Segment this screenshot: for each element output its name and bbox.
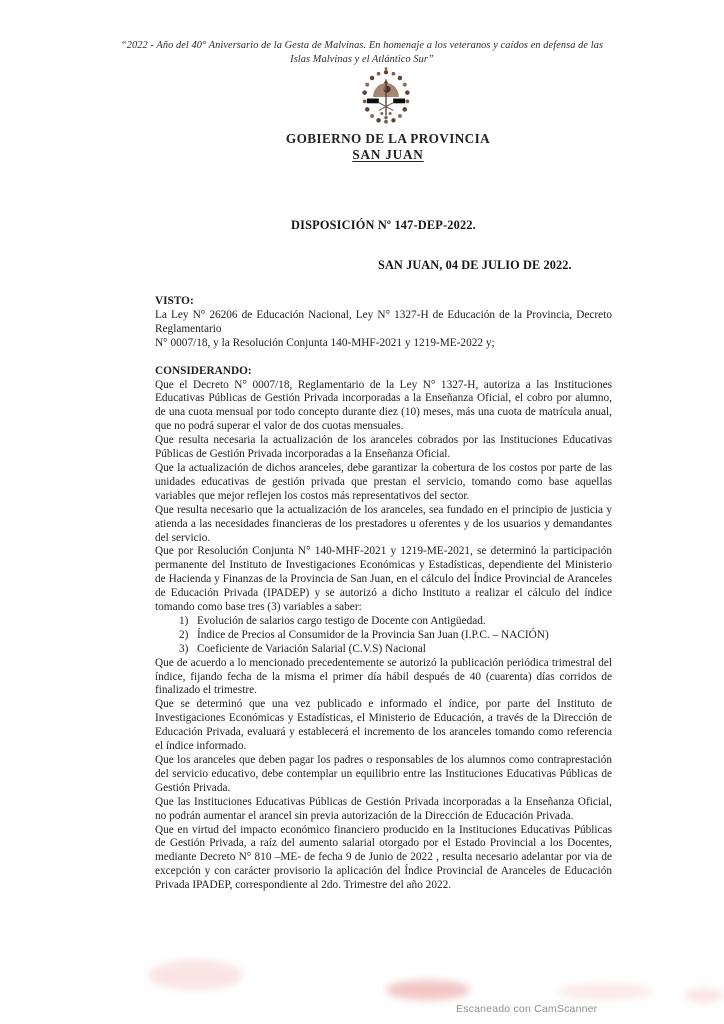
- camscanner-watermark: Escaneado con CamScanner: [456, 1003, 597, 1015]
- considerando-label: CONSIDERANDO:: [155, 365, 612, 379]
- scan-smudge: [386, 980, 470, 1000]
- considerando-paragraph: Que resulta necesaria la actualización d…: [155, 434, 612, 462]
- province-name: SAN JUAN: [155, 147, 621, 163]
- considerando-paragraph: Que los aranceles que deben pagar los pa…: [155, 754, 612, 796]
- scan-smudge: [148, 960, 243, 990]
- considerando-paragraph: Que resulta necesario que la actualizaci…: [155, 504, 612, 546]
- considerando-paragraph: Que por Resolución Conjunta N° 140-MHF-2…: [155, 545, 612, 615]
- variable-list-item: 2) Índice de Precios al Consumidor de la…: [155, 629, 612, 643]
- variable-list-item: 3) Coeficiente de Variación Salarial (C.…: [155, 643, 612, 657]
- list-item-marker: 3): [179, 643, 197, 657]
- list-item-marker: 1): [179, 615, 197, 629]
- scan-smudge: [684, 988, 724, 1003]
- san-juan-coat-of-arms-icon: [353, 66, 419, 128]
- variable-list-item: 1) Evolución de salarios cargo testigo d…: [155, 615, 612, 629]
- list-item-text: Evolución de salarios cargo testigo de D…: [197, 615, 612, 629]
- considerando-paragraph: Que la actualización de dichos aranceles…: [155, 462, 612, 504]
- list-item-text: Índice de Precios al Consumidor de la Pr…: [197, 629, 612, 643]
- header-quote-line: Islas Malvinas y el Atlántico Sur”: [102, 53, 622, 67]
- considerando-paragraph: Que las Instituciones Educativas Pública…: [155, 796, 612, 824]
- header-quote-line: “2022 - Año del 40° Aniversario de la Ge…: [102, 39, 622, 53]
- header-quote: “2022 - Año del 40° Aniversario de la Ge…: [102, 39, 622, 66]
- considerando-paragraph: Que se determinó que una vez publicado e…: [155, 698, 612, 754]
- considerando-paragraph: Que de acuerdo a lo mencionado precedent…: [155, 657, 612, 699]
- date-line: SAN JUAN, 04 DE JULIO DE 2022.: [378, 258, 572, 273]
- document-title: DISPOSICIÓN Nº 147-DEP-2022.: [155, 218, 612, 233]
- government-name: GOBIERNO DE LA PROVINCIA: [155, 131, 621, 147]
- document-body: VISTO: La Ley N° 26206 de Educación Naci…: [155, 295, 612, 893]
- visto-label: VISTO:: [155, 295, 612, 309]
- considerando-paragraph: Que en virtud del impacto económico fina…: [155, 824, 612, 894]
- section-spacer: [155, 351, 612, 365]
- visto-paragraph: La Ley N° 26206 de Educación Nacional, L…: [155, 309, 612, 337]
- considerando-paragraph: Que el Decreto N° 0007/18, Reglamentario…: [155, 379, 612, 435]
- scan-smudge: [558, 984, 653, 999]
- list-item-text: Coeficiente de Variación Salarial (C.V.S…: [197, 643, 612, 657]
- scanned-document-page: “2022 - Año del 40° Aniversario de la Ge…: [0, 0, 724, 1024]
- list-item-marker: 2): [179, 629, 197, 643]
- visto-paragraph: N° 0007/18, y la Resolución Conjunta 140…: [155, 337, 612, 351]
